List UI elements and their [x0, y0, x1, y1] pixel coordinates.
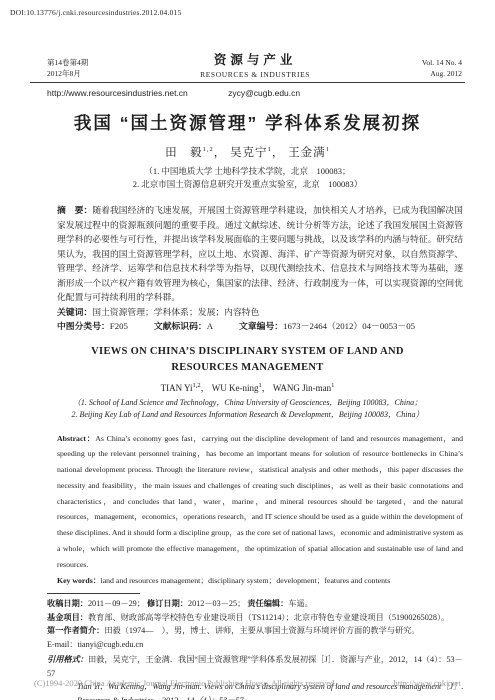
author-en: WANG Jin-man1 [273, 383, 335, 393]
journal-volume-cn: 第14卷第4期 [47, 58, 88, 69]
paper-page: DOI:10.13776/j.cnki.resourcesindustries.… [0, 0, 495, 700]
keywords-label-cn: 关键词： [57, 307, 92, 317]
abstract-label-cn: 摘 要： [57, 205, 92, 215]
author-superscript: 1 [326, 146, 330, 153]
fund-project: 教育部、财政部高等学校特色专业建设项目（TS11214）；北京市特色专业建设项目… [88, 613, 449, 622]
fund-line: 基金项目：教育部、财政部高等学校特色专业建设项目（TS11214）；北京市特色专… [47, 611, 467, 625]
paper-title-en-line2: RESOURCES MANAGEMENT [0, 360, 495, 376]
journal-website: http://www.resourcesindustries.net.cn [47, 88, 188, 98]
keywords-en-line: Key words：land and resources management；… [57, 573, 463, 589]
author-email: tianyi@cugb.edu.cn [77, 640, 143, 649]
article-id-value: 1673－2464（2012）04－0053－05 [283, 321, 415, 331]
abstract-text-cn: 随着我国经济的飞速发展，开展国土资源管理学科建设，加快相关人才培养，已成为我国解… [57, 205, 463, 302]
bio-label: 第一作者简介： [47, 626, 104, 635]
keywords-cn-line: 关键词：国土资源管理；学科体系；发展；内容特色 [57, 305, 463, 320]
author-superscript: 1,2 [193, 382, 201, 389]
author-superscript: 1,2 [203, 146, 214, 153]
received-label: 收稿日期： [47, 599, 88, 608]
author-cn: 吴克宁1， [230, 147, 284, 159]
abstract-label-en: Abstract： [57, 434, 95, 443]
author-superscript: 1 [331, 382, 334, 389]
paper-title-cn: 我国 “国土资源管理” 学科体系发展初探 [0, 110, 495, 135]
authors-en: TIAN Yi1,2， WU Ke-ning1， WANG Jin-man1 [0, 381, 495, 394]
citation-cn-line: 引用格式：田毅，吴克宁，王金满．我国“国土资源管理”学科体系发展初探［J］．资源… [47, 653, 467, 680]
affiliations-en: （1. School of Land Science and Technolog… [0, 397, 495, 422]
abstract-text-en: As China’s economy goes fast，carrying ou… [57, 434, 463, 569]
paper-title-en-line1: VIEWS ON CHINA’S DISCIPLINARY SYSTEM OF … [0, 344, 495, 360]
abstract-cn: 摘 要：随着我国经济的飞速发展，开展国土资源管理学科建设，加快相关人才培养，已成… [57, 203, 463, 305]
author-bio: 田毅（1974— ），男，博士、讲师，主要从事国土资源与环境评价方面的教学与研究… [104, 626, 419, 635]
clc-pair: 中图分类号：F205 [57, 319, 128, 334]
footnote-block: 收稿日期：2011－09－29； 修订日期：2012－03－25； 责任编辑：车… [47, 597, 467, 651]
editor-label: 责任编辑： [247, 599, 288, 608]
citation-block: 引用格式：田毅，吴克宁，王金满．我国“国土资源管理”学科体系发展初探［J］．资源… [47, 653, 467, 700]
clc-label: 中图分类号： [57, 321, 110, 331]
author-cn: 王金满1 [288, 147, 330, 159]
email-label: E-mail： [47, 640, 77, 649]
journal-email: zycy@cugb.edu.cn [228, 88, 300, 98]
journal-issue-cn: 第14卷第4期 2012年8月 [47, 58, 88, 79]
classification-line: 中图分类号：F205 文献标识码：A 文章编号：1673－2464（2012）0… [57, 319, 463, 334]
dates-line: 收稿日期：2011－09－29； 修订日期：2012－03－25； 责任编辑：车… [47, 597, 467, 611]
article-id-pair: 文章编号：1673－2464（2012）04－0053－05 [239, 319, 415, 334]
affiliation-line-en: 2. Beijing Key Lab of Land and Resources… [0, 409, 495, 422]
received-date: 2011－09－29； [88, 599, 145, 608]
journal-title-en: RESOURCES & INDUSTRIES [200, 70, 310, 79]
author-cn: 田 毅1,2， [165, 147, 226, 159]
citation-cn: 田毅，吴克宁，王金满．我国“国土资源管理”学科体系发展初探［J］．资源与产业，2… [47, 655, 463, 678]
affiliation-line-en: （1. School of Land Science and Technolog… [0, 397, 495, 410]
cnki-url: http://www.cnki.net [394, 678, 461, 688]
author-en: TIAN Yi1,2， [161, 383, 210, 393]
revised-date: 2012－03－25； [188, 599, 245, 608]
affiliations-cn: （1. 中国地质大学 土地科学技术学院，北京 100083； 2. 北京市国土资… [0, 165, 495, 191]
citation-en-line2: Resources & Industries，2012，14（4）：53－57 [77, 694, 467, 700]
article-id-label: 文章编号： [239, 321, 283, 331]
doi-text: DOI:10.13776/j.cnki.resourcesindustries.… [10, 8, 181, 17]
journal-volume-en: Vol. 14 No. 4 [422, 58, 462, 69]
affiliation-line: （1. 中国地质大学 土地科学技术学院，北京 100083； [0, 165, 495, 178]
clc-value: F205 [110, 321, 128, 331]
keywords-label-en: Key words： [57, 576, 101, 585]
journal-masthead: 资源与产业 RESOURCES & INDUSTRIES [200, 50, 310, 79]
journal-issue-en: Vol. 14 No. 4 Aug. 2012 [422, 58, 462, 79]
authors-cn: 田 毅1,2， 吴克宁1， 王金满1 [0, 144, 495, 160]
affiliation-line: 2. 北京市国土资源信息研究开发重点实验室，北京 100083） [0, 178, 495, 191]
fund-label: 基金项目： [47, 613, 88, 622]
doc-code-pair: 文献标识码：A [154, 319, 213, 334]
author-bio-line: 第一作者简介：田毅（1974— ），男，博士、讲师，主要从事国土资源与环境评价方… [47, 624, 467, 638]
footnote-rule [47, 593, 140, 594]
copyright-text: (C)1994-2020 China Academic Journal Elec… [34, 678, 336, 688]
keywords-cn: 国土资源管理；学科体系；发展；内容特色 [92, 307, 259, 317]
author-en: WU Ke-ning1， [212, 383, 271, 393]
paper-title-en: VIEWS ON CHINA’S DISCIPLINARY SYSTEM OF … [0, 344, 495, 376]
revised-label: 修订日期： [147, 599, 188, 608]
journal-date-en: Aug. 2012 [422, 69, 462, 80]
email-line: E-mail：tianyi@cugb.edu.cn [47, 638, 467, 652]
journal-date-cn: 2012年8月 [47, 69, 88, 80]
editor-name: 车遥。 [288, 599, 313, 608]
doc-code-label: 文献标识码： [154, 321, 207, 331]
citation-label: 引用格式： [47, 655, 88, 664]
header-rule [30, 82, 465, 83]
doc-code-value: A [207, 321, 213, 331]
page-footer: (C)1994-2020 China Academic Journal Elec… [0, 678, 495, 688]
journal-title-cn: 资源与产业 [200, 50, 310, 68]
journal-contact-line: http://www.resourcesindustries.net.cn zy… [47, 88, 495, 98]
keywords-en: land and resources management；disciplina… [101, 576, 391, 585]
abstract-en: Abstract：As China’s economy goes fast，ca… [57, 431, 463, 573]
